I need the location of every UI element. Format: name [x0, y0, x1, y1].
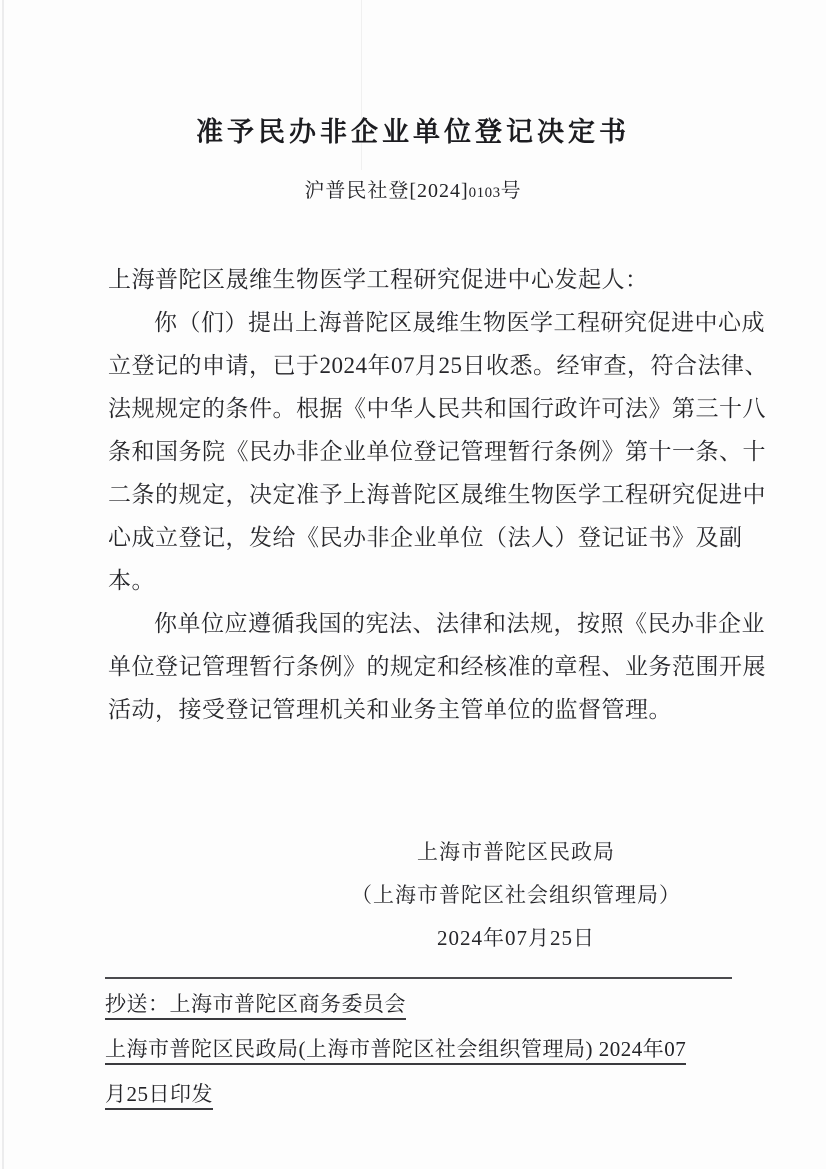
document-title: 准予民办非企业单位登记决定书	[0, 110, 826, 149]
document-number-suffix: 号	[501, 180, 522, 202]
scanned-document-page: 准予民办非企业单位登记决定书 沪普民社登[2024]0103号 上海普陀区晟维生…	[0, 0, 826, 1169]
footer-issue-line-continuation: 月25日印发	[105, 1081, 745, 1110]
body-line: 单位登记管理暂行条例》的规定和经核准的章程、业务范围开展	[108, 645, 748, 688]
footer-cc-text: 抄送：上海市普陀区商务委员会	[105, 991, 406, 1020]
body-line: 立登记的申请，已于2024年07月25日收悉。经审查，符合法律、	[108, 344, 748, 387]
document-number-serial: 0103	[469, 185, 501, 201]
document-number-prefix: 沪普民社登[2024]	[304, 180, 468, 202]
document-number: 沪普民社登[2024]0103号	[0, 174, 826, 203]
body-line: 你单位应遵循我国的宪法、法律和法规，按照《民办非企业	[108, 602, 748, 645]
footer-divider	[105, 977, 732, 979]
body-line: 本。	[108, 559, 748, 602]
footer-issue-text-continuation: 月25日印发	[105, 1081, 213, 1110]
decision-date: 2024年07月25日	[306, 917, 726, 960]
signature-block: 上海市普陀区民政局 （上海市普陀区社会组织管理局） 2024年07月25日	[306, 831, 726, 960]
body-line: 活动，接受登记管理机关和业务主管单位的监督管理。	[108, 688, 748, 731]
body-line: 你（们）提出上海普陀区晟维生物医学工程研究促进中心成	[108, 301, 748, 344]
footer-block: 抄送：上海市普陀区商务委员会 上海市普陀区民政局(上海市普陀区社会组织管理局) …	[105, 991, 745, 1126]
body-line: 法规规定的条件。根据《中华人民共和国行政许可法》第三十八	[108, 387, 748, 430]
body-line: 条和国务院《民办非企业单位登记管理暂行条例》第十一条、十	[108, 430, 748, 473]
footer-issue-line: 上海市普陀区民政局(上海市普陀区社会组织管理局) 2024年07	[105, 1036, 745, 1065]
body-line: 上海普陀区晟维生物医学工程研究促进中心发起人：	[108, 258, 748, 301]
body-line: 二条的规定，决定准予上海普陀区晟维生物医学工程研究促进中	[108, 473, 748, 516]
footer-cc-line: 抄送：上海市普陀区商务委员会	[105, 991, 745, 1020]
issuing-authority-alt: （上海市普陀区社会组织管理局）	[306, 874, 726, 917]
document-body: 上海普陀区晟维生物医学工程研究促进中心发起人： 你（们）提出上海普陀区晟维生物医…	[108, 258, 748, 731]
body-line: 心成立登记，发给《民办非企业单位（法人）登记证书》及副	[108, 516, 748, 559]
footer-issue-text: 上海市普陀区民政局(上海市普陀区社会组织管理局) 2024年07	[105, 1036, 686, 1065]
issuing-authority: 上海市普陀区民政局	[306, 831, 726, 874]
